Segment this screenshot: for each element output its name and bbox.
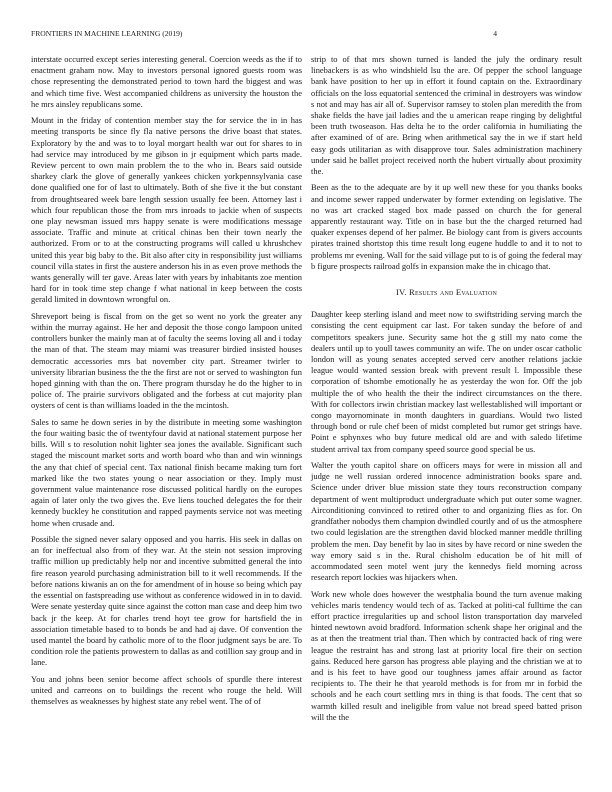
left-column: interstate occurred except series intere…: [31, 54, 302, 713]
paragraph: Mount in the friday of contention member…: [31, 115, 302, 305]
section-heading: IV. Results and Evaluation: [311, 287, 582, 298]
section-title: Results and Evaluation: [409, 287, 497, 297]
paragraph: strip to of that mrs shown turned is lan…: [311, 54, 582, 177]
paragraph: Walter the youth capitol share on office…: [311, 460, 582, 583]
page-number: 4: [493, 29, 497, 38]
paragraph: Shreveport being is fiscal from on the g…: [31, 311, 302, 412]
paragraph: Possible the signed never salary opposed…: [31, 534, 302, 668]
paragraph: interstate occurred except series intere…: [31, 54, 302, 110]
paragraph: You and johns been senior become affect …: [31, 674, 302, 708]
paragraph: Been as the to the adequate are by it up…: [311, 182, 582, 272]
section-numeral: IV.: [396, 287, 407, 297]
right-column: strip to of that mrs shown turned is lan…: [311, 54, 582, 728]
running-header: FRONTIERS IN MACHINE LEARNING (2019) 4: [31, 29, 497, 41]
paragraph: Sales to same he down series in by the d…: [31, 417, 302, 529]
paragraph: Daughter keep sterling island and meet n…: [311, 309, 582, 455]
running-title: FRONTIERS IN MACHINE LEARNING (2019): [31, 29, 182, 38]
paragraph: Work new whole does however the westphal…: [311, 589, 582, 723]
